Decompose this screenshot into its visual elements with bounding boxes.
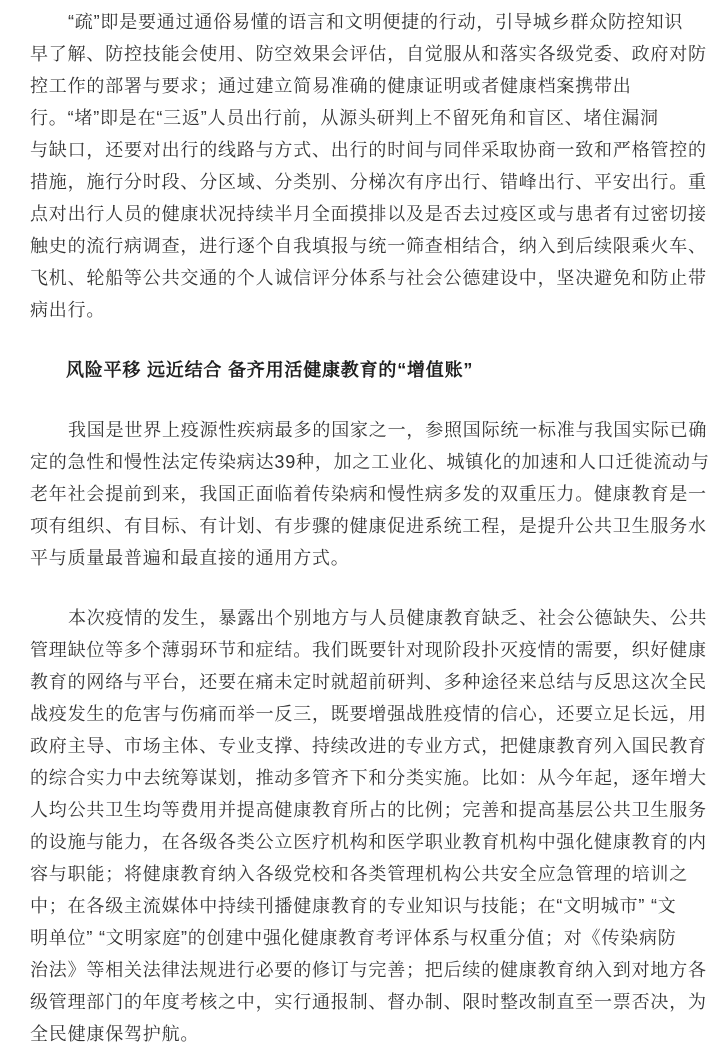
paragraph-text-line: 人均公共卫生均等费用并提高健康教育所占的比例；完善和提高基层公共卫生服务 (30, 794, 707, 826)
paragraph-text-line: 中；在各级主流媒体中持续刊播健康教育的专业知识与技能；在“文明城市” “文 (30, 890, 707, 922)
paragraph-text-line: 我国是世界上疫源性疾病最多的国家之一，参照国际统一标准与我国实际已确 (30, 414, 707, 446)
paragraph-text-line: 本次疫情的发生，暴露出个别地方与人员健康教育缺乏、社会公德缺失、公共 (30, 602, 707, 634)
paragraph-text-line: 病出行。 (30, 294, 707, 326)
paragraph-text-line: 级管理部门的年度考核之中，实行通报制、督办制、限时整改制直至一票否决，为 (30, 986, 707, 1018)
paragraph-text-line: 控工作的部署与要求；通过建立简易准确的健康证明或者健康档案携带出 (30, 70, 707, 102)
heading-text-line: 风险平移 远近结合 备齐用活健康教育的“增值账” (30, 354, 707, 386)
paragraph-text-line: 措施，施行分时段、分区域、分类别、分梯次有序出行、错峰出行、平安出行。重 (30, 166, 707, 198)
paragraph-text-line: 项有组织、有目标、有计划、有步骤的健康促进系统工程，是提升公共卫生服务水 (30, 510, 707, 542)
paragraph-text-line: 与缺口，还要对出行的线路与方式、出行的时间与同伴采取协商一致和严格管控的 (30, 134, 707, 166)
paragraph-text-line: 老年社会提前到来，我国正面临着传染病和慢性病多发的双重压力。健康教育是一 (30, 478, 707, 510)
paragraph-text-line: 的设施与能力，在各级各类公立医疗机构和医学职业教育机构中强化健康教育的内 (30, 826, 707, 858)
paragraph-text-line: 政府主导、市场主体、专业支撑、持续改进的专业方式，把健康教育列入国民教育 (30, 730, 707, 762)
paragraph-text-line: 点对出行人员的健康状况持续半月全面摸排以及是否去过疫区或与患者有过密切接 (30, 198, 707, 230)
paragraph-text-line: 平与质量最普遍和最直接的通用方式。 (30, 542, 707, 574)
paragraph-text-line: 早了解、防控技能会使用、防空效果会评估，自觉服从和落实各级党委、政府对防 (30, 38, 707, 70)
paragraph-text-line: 的综合实力中去统筹谋划，推动多管齐下和分类实施。比如：从今年起，逐年增大 (30, 762, 707, 794)
document-page: “疏”即是要通过通俗易懂的语言和文明便捷的行动，引导城乡群众防控知识早了解、防控… (0, 0, 719, 1062)
paragraph-text-line: 触史的流行病调查，进行逐个自我填报与统一筛查相结合，纳入到后续限乘火车、 (30, 230, 707, 262)
body-paragraph: 我国是世界上疫源性疾病最多的国家之一，参照国际统一标准与我国实际已确定的急性和慢… (30, 414, 707, 574)
paragraph-text-line: 定的急性和慢性法定传染病达39种，加之工业化、城镇化的加速和人口迁徙流动与 (30, 446, 707, 478)
paragraph-text-line: 行。“堵”即是在“三返”人员出行前，从源头研判上不留死角和盲区、堵住漏洞 (30, 102, 707, 134)
paragraph-text-line: 战疫发生的危害与伤痛而举一反三，既要增强战胜疫情的信心，还要立足长远，用 (30, 698, 707, 730)
paragraph-text-line: 教育的网络与平台，还要在痛未定时就超前研判、多种途径来总结与反思这次全民 (30, 666, 707, 698)
body-paragraph: “疏”即是要通过通俗易懂的语言和文明便捷的行动，引导城乡群众防控知识早了解、防控… (30, 6, 707, 326)
paragraph-text-line: 飞机、轮船等公共交通的个人诚信评分体系与社会公德建设中，坚决避免和防止带 (30, 262, 707, 294)
paragraph-text-line: 容与职能；将健康教育纳入各级党校和各类管理机构公共安全应急管理的培训之 (30, 858, 707, 890)
paragraph-text-line: 管理缺位等多个薄弱环节和症结。我们既要针对现阶段扑灭疫情的需要，织好健康 (30, 634, 707, 666)
paragraph-text-line: 治法》等相关法律法规进行必要的修订与完善；把后续的健康教育纳入到对地方各 (30, 954, 707, 986)
paragraph-text-line: 全民健康保驾护航。 (30, 1018, 707, 1050)
paragraph-text-line: 明单位” “文明家庭”的创建中强化健康教育考评体系与权重分值；对《传染病防 (30, 922, 707, 954)
body-paragraph: 本次疫情的发生，暴露出个别地方与人员健康教育缺乏、社会公德缺失、公共管理缺位等多… (30, 602, 707, 1050)
paragraph-text-line: “疏”即是要通过通俗易懂的语言和文明便捷的行动，引导城乡群众防控知识 (30, 6, 707, 38)
section-heading: 风险平移 远近结合 备齐用活健康教育的“增值账” (30, 354, 707, 386)
